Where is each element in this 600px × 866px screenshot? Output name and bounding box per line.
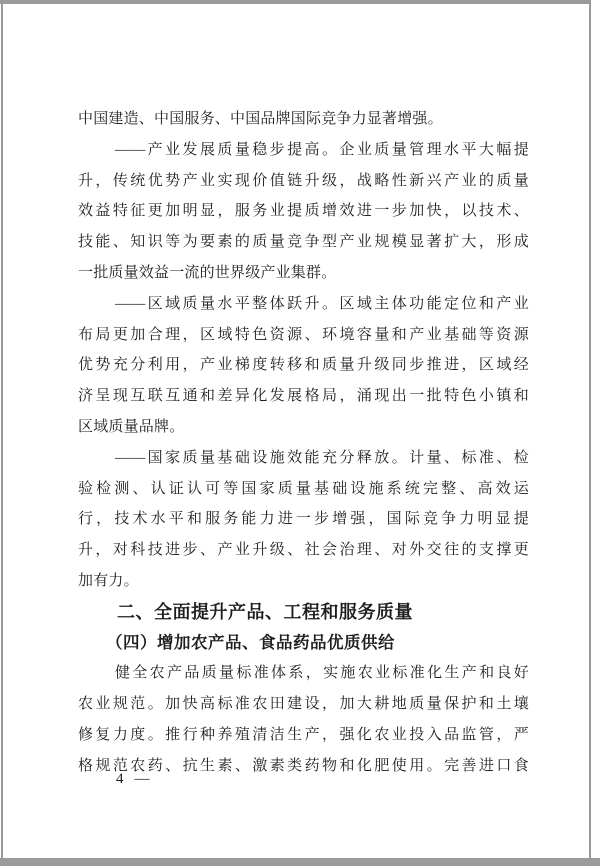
text-line: 一批质量效益一流的世界级产业集群。	[78, 258, 529, 289]
text-line: 区域质量品牌。	[78, 412, 529, 443]
text-line: ——区域质量水平整体跃升。区域主体功能定位和产业	[78, 289, 529, 320]
text-line: 布局更加合理，区域特色资源、环境容量和产业基础等资源	[78, 320, 529, 351]
text-line: 农业规范。加快高标准农田建设，加大耕地质量保护和土壤	[78, 689, 529, 720]
text-line: 修复力度。推行种养殖清洁生产，强化农业投入品监管，严	[78, 720, 529, 751]
text-line: 验检测、认证认可等国家质量基础设施系统完整、高效运	[78, 474, 529, 505]
text-line: 健全农产品质量标准体系，实施农业标准化生产和良好	[78, 658, 529, 689]
text-line: 优势充分利用，产业梯度转移和质量升级同步推进，区域经	[78, 350, 529, 381]
text-line: 加有力。	[78, 566, 529, 597]
section-heading: 二、全面提升产品、工程和服务质量	[78, 597, 529, 628]
text-line: 升，传统优势产业实现价值链升级，战略性新兴产业的质量	[78, 166, 529, 197]
scan-border-right	[589, 3, 591, 858]
text-line: ——国家质量基础设施效能充分释放。计量、标准、检	[78, 443, 529, 474]
text-line: 技能、知识等为要素的质量竞争型产业规模显著扩大，形成	[78, 227, 529, 258]
text-line: 效益特征更加明显，服务业提质增效进一步加快，以技术、	[78, 196, 529, 227]
scan-border-top	[0, 0, 591, 4]
page-number-value: 4	[116, 771, 124, 787]
page-number-dash: —	[135, 771, 150, 787]
text-line: ——产业发展质量稳步提高。企业质量管理水平大幅提	[78, 135, 529, 166]
document-page: 中国建造、中国服务、中国品牌国际竞争力显著增强。 ——产业发展质量稳步提高。企业…	[0, 0, 600, 866]
text-line: 行，技术水平和服务能力进一步增强，国际竞争力明显提	[78, 504, 529, 535]
text-line: 中国建造、中国服务、中国品牌国际竞争力显著增强。	[78, 104, 529, 135]
subsection-heading: （四）增加农产品、食品药品优质供给	[78, 628, 529, 659]
scan-border-left	[1, 0, 3, 866]
text-line: 升，对科技进步、产业升级、社会治理、对外交往的支撑更	[78, 535, 529, 566]
text-block: 中国建造、中国服务、中国品牌国际竞争力显著增强。 ——产业发展质量稳步提高。企业…	[78, 104, 529, 782]
text-line: 济呈现互联互通和差异化发展格局，涌现出一批特色小镇和	[78, 381, 529, 412]
scan-border-bottom	[0, 858, 600, 866]
page-number: 4—	[116, 770, 150, 788]
